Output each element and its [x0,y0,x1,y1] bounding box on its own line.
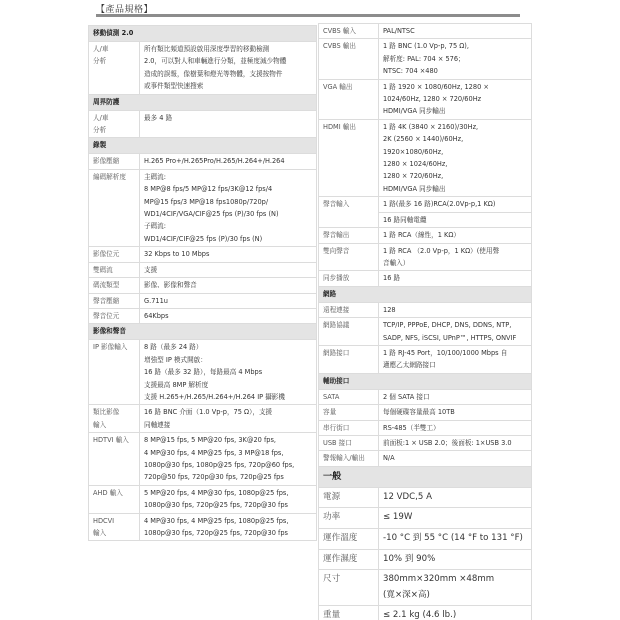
spec-label-line: 分析 [93,124,135,136]
spec-value: PAL/NTSC [379,24,532,39]
spec-label-line: CVBS 輸入 [323,25,374,37]
section-header: 移動偵測 2.0 [89,26,317,42]
spec-label: CVBS 輸入 [319,24,379,39]
spec-value-line: 64Kbps [144,310,312,322]
spec-label-line: SATA [323,391,374,403]
spec-row: SATA2 個 SATA 接口 [319,389,532,404]
spec-value: 1 路 1920 × 1080/60Hz, 1280 ×1024/60Hz, 1… [379,79,532,119]
spec-value: 16 路 BNC 介面（1.0 Vp-p，75 Ω），支援同軸連接 [140,405,317,433]
spec-value-line: 支援最高 8MP 解析度 [144,379,312,391]
spec-value-line: 1080p@30 fps, 720p@25 fps, 720p@30 fps [144,527,312,539]
spec-value-line: 2K (2560 × 1440)/60Hz, [383,133,527,145]
spec-value-line: 16 路 BNC 介面（1.0 Vp-p，75 Ω），支援 [144,406,312,418]
spec-row: 編碼解析度主碼流:8 MP@8 fps/5 MP@12 fps/3K@12 fp… [89,169,317,246]
spec-value: -10 °C 到 55 °C (14 °F to 131 °F) [379,528,532,549]
spec-label: 同步播放 [319,271,379,286]
spec-value: 1 路 BNC (1.0 Vp-p, 75 Ω),解析度: PAL: 704 ×… [379,39,532,79]
spec-label-line: 網路協議 [323,319,374,331]
spec-label-line: 編碼解析度 [93,171,135,183]
spec-label: 雙碼流 [89,262,140,277]
spec-value: 16 路同軸電纜 [379,212,532,227]
spec-label-line: 聲音壓縮 [93,295,135,307]
spec-label: 網路協議 [319,318,379,346]
spec-value-line: TCP/IP, PPPoE, DHCP, DNS, DDNS, NTP, [383,319,527,331]
spec-row: 尺寸380mm×320mm ×48mm(寬×深×高) [319,570,532,606]
spec-value-line: 16 路 [383,272,527,284]
spec-row: 雙碼流支援 [89,262,317,277]
spec-value: 32 Kbps to 10 Mbps [140,247,317,262]
spec-label-line: 網路接口 [323,347,374,359]
spec-label: 編碼解析度 [89,169,140,246]
spec-label-line: HDCVI [93,515,135,527]
spec-row: 容量每個硬碟容量最高 10TB [319,405,532,420]
spec-label: 運作濕度 [319,549,379,570]
section-title: 錄製 [89,138,317,154]
spec-value-line: 前面板:1 × USB 2.0；後面板: 1×USB 3.0 [383,437,527,449]
spec-value-line: -10 °C 到 55 °C (14 °F to 131 °F) [383,531,527,547]
spec-label: VGA 輸出 [319,79,379,119]
spec-value-line: 1280 × 1024/60Hz, [383,158,527,170]
spec-row: 影像壓縮H.265 Pro+/H.265Pro/H.265/H.264+/H.2… [89,154,317,169]
spec-value-line: ≤ 19W [383,510,527,526]
spec-row: 雙向聲音1 路 RCA （2.0 Vp-p，1 KΩ）(使用聲音輸入） [319,243,532,271]
spec-row: 聲音壓縮G.711u [89,293,317,308]
spec-label: 碼流類型 [89,278,140,293]
spec-label: HDTVI 輸入 [89,433,140,486]
spec-value-line: 1080p@30 fps, 720p@25 fps, 720p@30 fps [144,499,312,511]
spec-value-line: 8 MP@8 fps/5 MP@12 fps/3K@12 fps/4 [144,183,312,195]
spec-value: 主碼流:8 MP@8 fps/5 MP@12 fps/3K@12 fps/4MP… [140,169,317,246]
spec-label-line: 串行街口 [323,422,374,434]
spec-label: CVBS 輸出 [319,39,379,79]
spec-value: 8 路（最多 24 路）增強型 IP 模式開啟：16 路（最多 32 路），每路… [140,340,317,405]
spec-label-line: 類比影像 [93,406,135,418]
spec-label: 聲音位元 [89,308,140,323]
spec-label-line: 聲音輸入 [323,198,374,210]
spec-value-line: 子碼流: [144,220,312,232]
spec-value: RS-485（半雙工） [379,420,532,435]
spec-row: 網路接口1 路 RJ-45 Port，10/100/1000 Mbps 自適應乙… [319,345,532,373]
spec-table-right: CVBS 輸入PAL/NTSCCVBS 輸出1 路 BNC (1.0 Vp-p,… [318,23,532,620]
spec-label: AHD 輸入 [89,485,140,513]
spec-value: 1 路 RCA（線性，1 KΩ） [379,228,532,243]
spec-row: IP 影像輸入8 路（最多 24 路）增強型 IP 模式開啟：16 路（最多 3… [89,340,317,405]
spec-label: 人/車分析 [89,110,140,138]
spec-label: 遠程連接 [319,302,379,317]
spec-label-line: 功率 [323,510,374,526]
spec-value-line: 16 路同軸電纜 [383,214,527,226]
spec-value: G.711u [140,293,317,308]
spec-value-line: 支援 [144,264,312,276]
spec-label: IP 影像輸入 [89,340,140,405]
spec-label-line: 雙向聲音 [323,245,374,257]
spec-label-line: VGA 輸出 [323,81,374,93]
spec-label-line: 碼流類型 [93,279,135,291]
spec-label: USB 接口 [319,435,379,450]
spec-label-line: 分析 [93,55,135,67]
spec-value-line: SADP, NFS, iSCSI, UPnP™, HTTPS, ONVIF [383,332,527,344]
section-header: 錄製 [89,138,317,154]
spec-value: 前面板:1 × USB 2.0；後面板: 1×USB 3.0 [379,435,532,450]
spec-label: 網路接口 [319,345,379,373]
spec-label-line: AHD 輸入 [93,487,135,499]
spec-value-line: 增強型 IP 模式開啟： [144,354,312,366]
spec-label-line: 警報輸入/輸出 [323,452,374,464]
spec-value: 1 路 RCA （2.0 Vp-p，1 KΩ）(使用聲音輸入） [379,243,532,271]
spec-value-line: 解析度: PAL: 704 × 576； [383,53,527,65]
spec-value: 1 路 RJ-45 Port，10/100/1000 Mbps 自適應乙太網路接… [379,345,532,373]
spec-value-line: 同軸連接 [144,419,312,431]
spec-row: 類比影像輸入16 路 BNC 介面（1.0 Vp-p，75 Ω），支援同軸連接 [89,405,317,433]
spec-value-line: 每個硬碟容量最高 10TB [383,406,527,418]
section-header: 周界防護 [89,94,317,110]
spec-value: 12 VDC,5 A [379,487,532,508]
spec-value: 支援 [140,262,317,277]
spec-value-line: 所有類比頻道預設啟用深度學習的移動檢測 [144,43,312,55]
spec-label: 人/車分析 [89,42,140,95]
spec-row: 聲音位元64Kbps [89,308,317,323]
spec-value-line: 2 個 SATA 接口 [383,391,527,403]
section-header: 網路 [319,286,532,302]
spec-label-line: IP 影像輸入 [93,341,135,353]
spec-value: 影像、影像和聲音 [140,278,317,293]
spec-label-line: HDTVI 輸入 [93,434,135,446]
section-title: 移動偵測 2.0 [89,26,317,42]
spec-row: 遠程連接128 [319,302,532,317]
spec-label: 功率 [319,508,379,529]
spec-label-line: 輸入 [93,419,135,431]
spec-value: 128 [379,302,532,317]
spec-label-line: 運作濕度 [323,552,374,568]
spec-row: 影像位元32 Kbps to 10 Mbps [89,247,317,262]
spec-label: 影像位元 [89,247,140,262]
spec-label-line: CVBS 輸出 [323,40,374,52]
spec-value: H.265 Pro+/H.265Pro/H.265/H.264+/H.264 [140,154,317,169]
spec-row: 聲音輸入1 路(最多 16 路)RCA(2.0Vp-p,1 KΩ) [319,197,532,212]
spec-value-line: 2.0，可以對人和車輛進行分類，並極度減少物體 [144,55,312,67]
spec-value: ≤ 2.1 kg (4.6 lb.) [379,606,532,620]
spec-value: N/A [379,451,532,466]
spec-value-line: 8 路（最多 24 路） [144,341,312,353]
spec-row: 警報輸入/輸出N/A [319,451,532,466]
title-underline [96,14,520,17]
spec-label-line: 聲音輸出 [323,229,374,241]
spec-value-line: 1 路 4K (3840 × 2160)/30Hz, [383,121,527,133]
spec-row: 人/車分析所有類比頻道預設啟用深度學習的移動檢測2.0，可以對人和車輛進行分類，… [89,42,317,95]
spec-value-line: 1 路 RCA（線性，1 KΩ） [383,229,527,241]
spec-value-line: 1080p@30 fps, 1080p@25 fps, 720p@60 fps, [144,459,312,471]
spec-label: 聲音壓縮 [89,293,140,308]
spec-row: 人/車分析最多 4 路 [89,110,317,138]
spec-value-line: 12 VDC,5 A [383,490,527,506]
spec-label-line: 聲音位元 [93,310,135,322]
spec-row: HDCVI輸入4 MP@30 fps, 4 MP@25 fps, 1080p@2… [89,513,317,541]
spec-label: 尺寸 [319,570,379,606]
spec-value-line: 1 路 BNC (1.0 Vp-p, 75 Ω), [383,40,527,52]
spec-value-line: 4 MP@30 fps, 4 MP@25 fps, 1080p@25 fps, [144,515,312,527]
spec-label-line: 尺寸 [323,572,374,588]
spec-row: HDTVI 輸入8 MP@15 fps, 5 MP@20 fps, 3K@20 … [89,433,317,486]
spec-label-line: 同步播放 [323,272,374,284]
spec-label: 運作溫度 [319,528,379,549]
spec-label-line: 人/車 [93,112,135,124]
section-title: 輔助接口 [319,373,532,389]
spec-label-line: HDMI 輸出 [323,121,374,133]
spec-value: 5 MP@20 fps, 4 MP@30 fps, 1080p@25 fps,1… [140,485,317,513]
spec-row: CVBS 輸入PAL/NTSC [319,24,532,39]
spec-value: 所有類比頻道預設啟用深度學習的移動檢測2.0，可以對人和車輛進行分類，並極度減少… [140,42,317,95]
spec-row: 重量≤ 2.1 kg (4.6 lb.) [319,606,532,620]
spec-table-left: 移動偵測 2.0人/車分析所有類比頻道預設啟用深度學習的移動檢測2.0，可以對人… [88,25,317,541]
spec-row: HDMI 輸出1 路 4K (3840 × 2160)/30Hz,2K (256… [319,119,532,196]
spec-value-line: (寬×深×高) [383,588,527,604]
section-header: 影像和聲音 [89,324,317,340]
spec-value-line: 4 MP@30 fps, 4 MP@25 fps, 3 MP@18 fps, [144,447,312,459]
spec-value-line: 8 MP@15 fps, 5 MP@20 fps, 3K@20 fps, [144,434,312,446]
spec-label-line: 電源 [323,490,374,506]
spec-label: 影像壓縮 [89,154,140,169]
spec-label-line: 影像位元 [93,248,135,260]
spec-value-line: 最多 4 路 [144,112,312,124]
section-header: 一般 [319,466,532,487]
spec-value-line: HDMI/VGA 同步輸出 [383,183,527,195]
spec-value-line: G.711u [144,295,312,307]
spec-value: 2 個 SATA 接口 [379,389,532,404]
spec-value: 1 路 4K (3840 × 2160)/30Hz,2K (2560 × 144… [379,119,532,196]
spec-row: CVBS 輸出1 路 BNC (1.0 Vp-p, 75 Ω),解析度: PAL… [319,39,532,79]
spec-value-line: NTSC: 704 ×480 [383,65,527,77]
section-title: 影像和聲音 [89,324,317,340]
spec-row: 同步播放16 路 [319,271,532,286]
spec-value-line: H.265 Pro+/H.265Pro/H.265/H.264+/H.264 [144,155,312,167]
spec-value: 1 路(最多 16 路)RCA(2.0Vp-p,1 KΩ) [379,197,532,212]
section-header: 輔助接口 [319,373,532,389]
spec-label-line: 影像壓縮 [93,155,135,167]
spec-row: 聲音輸出1 路 RCA（線性，1 KΩ） [319,228,532,243]
spec-value: 16 路 [379,271,532,286]
spec-value-line: 1280 × 720/60Hz, [383,170,527,182]
spec-value-line: 5 MP@20 fps, 4 MP@30 fps, 1080p@25 fps, [144,487,312,499]
spec-value: 380mm×320mm ×48mm(寬×深×高) [379,570,532,606]
spec-row: VGA 輸出1 路 1920 × 1080/60Hz, 1280 ×1024/6… [319,79,532,119]
spec-row: 串行街口RS-485（半雙工） [319,420,532,435]
spec-label: 容量 [319,405,379,420]
section-title: 一般 [319,466,532,487]
spec-value-line: 支援 H.265+/H.265/H.264+/H.264 IP 攝影機 [144,391,312,403]
spec-value: TCP/IP, PPPoE, DHCP, DNS, DDNS, NTP,SADP… [379,318,532,346]
spec-label: 聲音輸出 [319,228,379,243]
spec-label-line: 人/車 [93,43,135,55]
spec-row: AHD 輸入5 MP@20 fps, 4 MP@30 fps, 1080p@25… [89,485,317,513]
spec-value-line: 1 路(最多 16 路)RCA(2.0Vp-p,1 KΩ) [383,198,527,210]
spec-value-line: PAL/NTSC [383,25,527,37]
spec-value-line: 1 路 1920 × 1080/60Hz, 1280 × [383,81,527,93]
spec-value: 最多 4 路 [140,110,317,138]
spec-value-line: 音輸入） [383,257,527,269]
spec-value-line: 128 [383,304,527,316]
spec-label: 雙向聲音 [319,243,379,271]
spec-value-line: HDMI/VGA 同步輸出 [383,105,527,117]
spec-value-line: 380mm×320mm ×48mm [383,572,527,588]
spec-value-line: 影像、影像和聲音 [144,279,312,291]
spec-row: 運作濕度10% 到 90% [319,549,532,570]
spec-value-line: 1024/60Hz, 1280 × 720/60Hz [383,93,527,105]
spec-row: 碼流類型影像、影像和聲音 [89,278,317,293]
spec-value-line: 1920×1080/60Hz, [383,146,527,158]
spec-label-line: 運作溫度 [323,531,374,547]
spec-row: USB 接口前面板:1 × USB 2.0；後面板: 1×USB 3.0 [319,435,532,450]
spec-value-line: 32 Kbps to 10 Mbps [144,248,312,260]
spec-row: 運作溫度-10 °C 到 55 °C (14 °F to 131 °F) [319,528,532,549]
spec-value: 8 MP@15 fps, 5 MP@20 fps, 3K@20 fps,4 MP… [140,433,317,486]
spec-value-line: 1 路 RCA （2.0 Vp-p，1 KΩ）(使用聲 [383,245,527,257]
spec-value: 64Kbps [140,308,317,323]
spec-label: 電源 [319,487,379,508]
spec-label: 類比影像輸入 [89,405,140,433]
spec-value-line: 或事件類型快速搜索 [144,80,312,92]
spec-label: 聲音輸入 [319,197,379,228]
section-title: 周界防護 [89,94,317,110]
spec-value-line: 造成的誤報，像樹葉和燈光等物體，支援按物件 [144,68,312,80]
spec-value-line: MP@15 fps/3 MP@18 fps1080p/720p/ [144,196,312,208]
spec-row: 功率≤ 19W [319,508,532,529]
section-title: 網路 [319,286,532,302]
spec-label: SATA [319,389,379,404]
spec-value-line: N/A [383,452,527,464]
spec-value-line: 10% 到 90% [383,552,527,568]
spec-row: 電源12 VDC,5 A [319,487,532,508]
spec-value: 每個硬碟容量最高 10TB [379,405,532,420]
spec-label: HDMI 輸出 [319,119,379,196]
spec-value-line: RS-485（半雙工） [383,422,527,434]
spec-value-line: 1 路 RJ-45 Port，10/100/1000 Mbps 自 [383,347,527,359]
spec-label-line: 輸入 [93,527,135,539]
spec-label: 警報輸入/輸出 [319,451,379,466]
spec-value: 4 MP@30 fps, 4 MP@25 fps, 1080p@25 fps,1… [140,513,317,541]
spec-value-line: WD1/4CIF/VGA/CIF@25 fps (P)/30 fps (N) [144,208,312,220]
spec-value-line: 適應乙太網路接口 [383,359,527,371]
spec-value-line: 主碼流: [144,171,312,183]
spec-label-line: 遠程連接 [323,304,374,316]
spec-value: 10% 到 90% [379,549,532,570]
spec-label-line: 重量 [323,608,374,620]
spec-value: ≤ 19W [379,508,532,529]
spec-value-line: 16 路（最多 32 路），每路最高 4 Mbps [144,366,312,378]
spec-row: 網路協議TCP/IP, PPPoE, DHCP, DNS, DDNS, NTP,… [319,318,532,346]
spec-value-line: ≤ 2.1 kg (4.6 lb.) [383,608,527,620]
spec-label: 串行街口 [319,420,379,435]
spec-label: 重量 [319,606,379,620]
spec-label-line: USB 接口 [323,437,374,449]
spec-label-line: 容量 [323,406,374,418]
spec-label: HDCVI輸入 [89,513,140,541]
spec-value-line: 720p@50 fps, 720p@30 fps, 720p@25 fps [144,471,312,483]
spec-label-line: 雙碼流 [93,264,135,276]
spec-value-line: WD1/4CIF/CIF@25 fps (P)/30 fps (N) [144,233,312,245]
